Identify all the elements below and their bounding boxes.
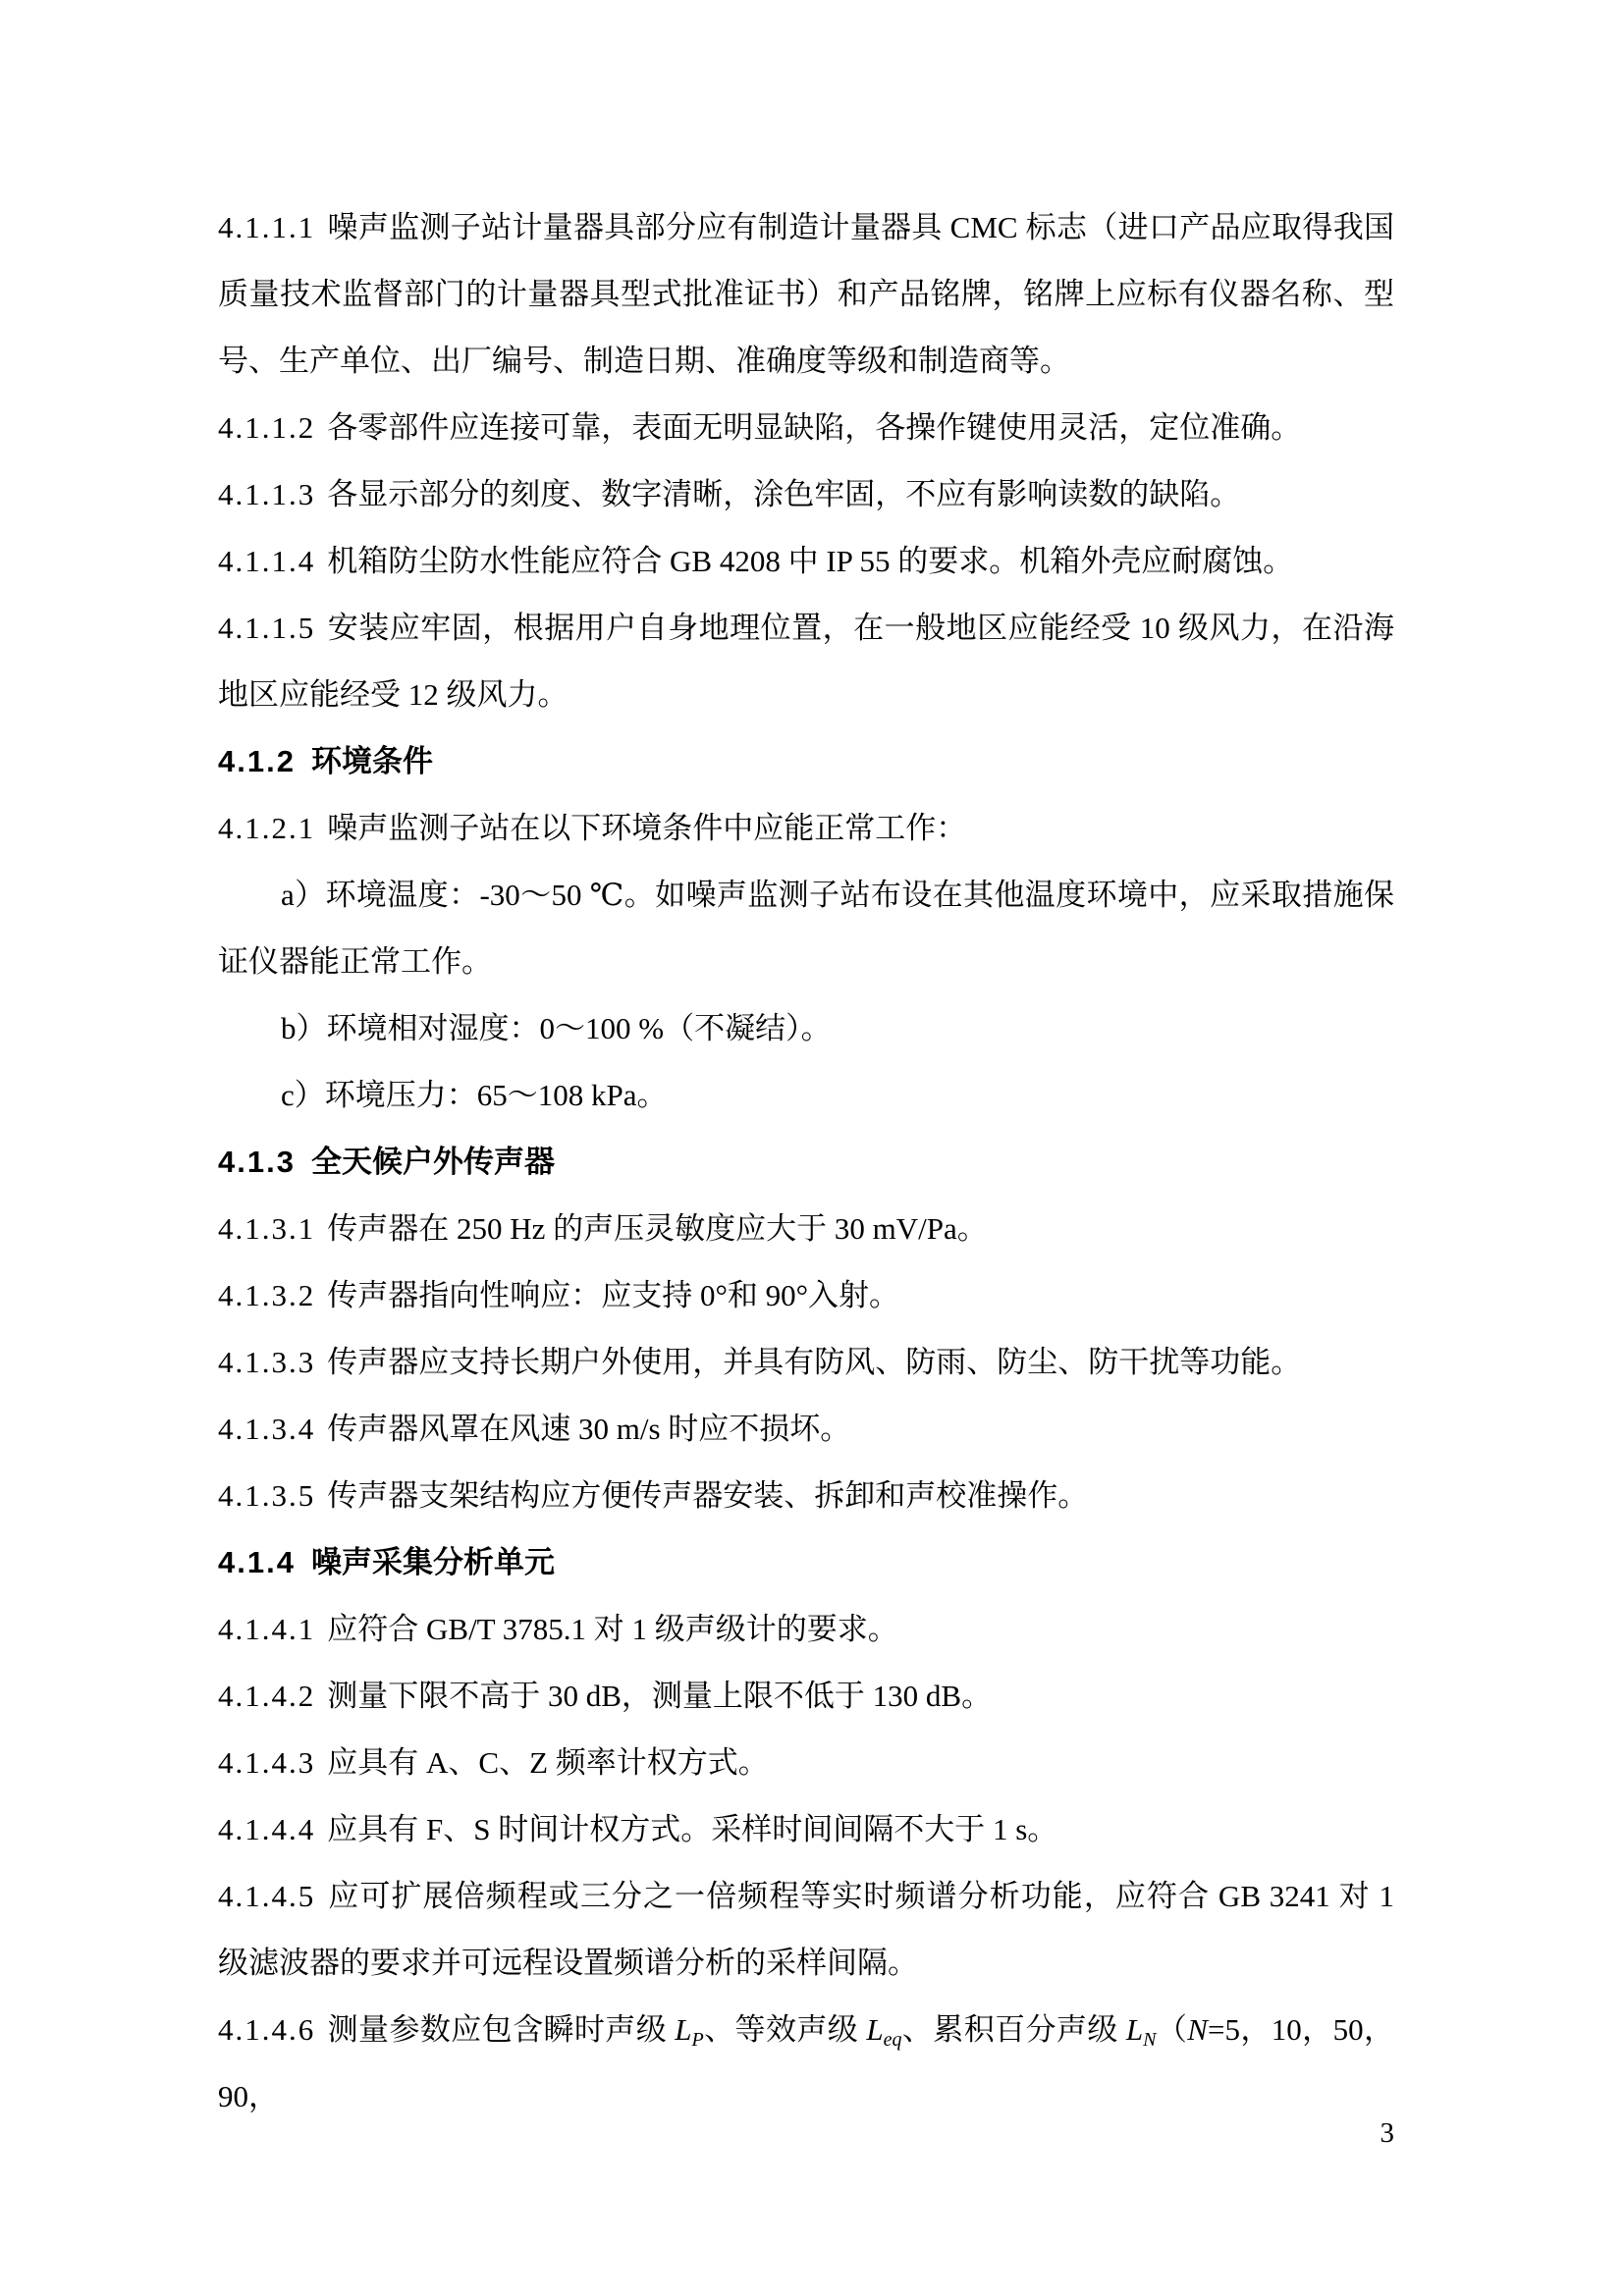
clause-text: 传声器风罩在风速 30 m/s 时应不损坏。 xyxy=(327,1412,850,1446)
heading-4-1-4: 4.1.4噪声采集分析单元 xyxy=(218,1529,1394,1596)
clause-text: 噪声监测子站计量器具部分应有制造计量器具 CMC 标志（进口产品应取得我国质量技… xyxy=(218,210,1394,378)
clause-text: 机箱防尘防水性能应符合 GB 4208 中 IP 55 的要求。机箱外壳应耐腐蚀… xyxy=(327,544,1293,578)
clause-number: 4.1.3.3 xyxy=(218,1345,315,1379)
clause-4-1-3-2: 4.1.3.2传声器指向性响应：应支持 0°和 90°入射。 xyxy=(218,1262,1394,1329)
symbol-sub-P: P xyxy=(692,2029,704,2051)
clause-number: 4.1.4.5 xyxy=(218,1879,315,1913)
clause-4-1-3-3: 4.1.3.3传声器应支持长期户外使用，并具有防风、防雨、防尘、防干扰等功能。 xyxy=(218,1329,1394,1396)
clause-number: 4.1.4.6 xyxy=(218,2012,315,2047)
clause-number: 4.1.1.5 xyxy=(218,611,315,645)
clause-text: 应符合 GB/T 3785.1 对 1 级声级计的要求。 xyxy=(327,1612,898,1646)
clause-4-1-4-1: 4.1.4.1应符合 GB/T 3785.1 对 1 级声级计的要求。 xyxy=(218,1596,1394,1663)
clause-4-1-1-2: 4.1.1.2各零部件应连接可靠，表面无明显缺陷，各操作键使用灵活，定位准确。 xyxy=(218,395,1394,461)
clause-number: 4.1.1.1 xyxy=(218,210,315,244)
clause-4-1-4-2: 4.1.4.2测量下限不高于 30 dB，测量上限不低于 130 dB。 xyxy=(218,1663,1394,1730)
list-item-a: a）环境温度：-30～50 ℃。如噪声监测子站布设在其他温度环境中，应采取措施保… xyxy=(218,862,1394,995)
heading-number: 4.1.3 xyxy=(218,1145,296,1179)
clause-text-mid: 、等效声级 xyxy=(704,2012,867,2047)
clause-4-1-2-1: 4.1.2.1噪声监测子站在以下环境条件中应能正常工作： xyxy=(218,795,1394,862)
clause-text-mid: 、累积百分声级 xyxy=(901,2012,1125,2047)
heading-text: 环境条件 xyxy=(311,744,433,778)
clause-number: 4.1.4.1 xyxy=(218,1612,315,1646)
clause-4-1-4-6: 4.1.4.6测量参数应包含瞬时声级 LP、等效声级 Leq、累积百分声级 LN… xyxy=(218,1997,1394,2130)
clause-text: 噪声监测子站在以下环境条件中应能正常工作： xyxy=(327,811,966,845)
document-page: { "page": { "number": "3", "background_c… xyxy=(0,0,1624,2296)
clause-text: 传声器指向性响应：应支持 0°和 90°入射。 xyxy=(327,1278,899,1312)
clause-text: 应具有 A、C、Z 频率计权方式。 xyxy=(327,1745,769,1780)
page-number: 3 xyxy=(1380,2117,1395,2149)
clause-number: 4.1.4.4 xyxy=(218,1812,315,1846)
clause-number: 4.1.3.4 xyxy=(218,1412,315,1446)
clause-text: 测量下限不高于 30 dB，测量上限不低于 130 dB。 xyxy=(327,1679,992,1713)
list-item-b: b）环境相对湿度：0～100 %（不凝结）。 xyxy=(218,995,1394,1062)
clause-4-1-4-4: 4.1.4.4应具有 F、S 时间计权方式。采样时间间隔不大于 1 s。 xyxy=(218,1796,1394,1863)
symbol-sub-N: N xyxy=(1143,2029,1156,2051)
clause-4-1-3-5: 4.1.3.5传声器支架结构应方便传声器安装、拆卸和声校准操作。 xyxy=(218,1463,1394,1529)
clause-4-1-3-4: 4.1.3.4传声器风罩在风速 30 m/s 时应不损坏。 xyxy=(218,1396,1394,1463)
list-item-c: c）环境压力：65～108 kPa。 xyxy=(218,1062,1394,1129)
clause-number: 4.1.2.1 xyxy=(218,811,315,845)
heading-text: 噪声采集分析单元 xyxy=(311,1545,555,1579)
clause-text: 各显示部分的刻度、数字清晰，涂色牢固，不应有影响读数的缺陷。 xyxy=(327,477,1240,511)
clause-text: 传声器支架结构应方便传声器安装、拆卸和声校准操作。 xyxy=(327,1478,1088,1513)
heading-number: 4.1.4 xyxy=(218,1545,296,1579)
symbol-N: N xyxy=(1187,2012,1208,2047)
page-footer: 3 xyxy=(218,2116,1394,2150)
clause-number: 4.1.1.3 xyxy=(218,477,315,511)
heading-text: 全天候户外传声器 xyxy=(311,1145,555,1179)
clause-number: 4.1.3.5 xyxy=(218,1478,315,1513)
clause-text: 安装应牢固，根据用户自身地理位置，在一般地区应能经受 10 级风力，在沿海地区应… xyxy=(218,611,1394,712)
symbol-L: L xyxy=(866,2012,883,2047)
clause-number: 4.1.3.2 xyxy=(218,1278,315,1312)
clause-number: 4.1.3.1 xyxy=(218,1211,315,1246)
clause-text: 传声器在 250 Hz 的声压灵敏度应大于 30 mV/Pa。 xyxy=(327,1211,988,1246)
clause-4-1-4-3: 4.1.4.3应具有 A、C、Z 频率计权方式。 xyxy=(218,1730,1394,1796)
clause-number: 4.1.4.2 xyxy=(218,1679,315,1713)
clause-number: 4.1.4.3 xyxy=(218,1745,315,1780)
symbol-L: L xyxy=(675,2012,691,2047)
symbol-L: L xyxy=(1126,2012,1143,2047)
heading-4-1-2: 4.1.2环境条件 xyxy=(218,728,1394,795)
heading-number: 4.1.2 xyxy=(218,744,296,778)
symbol-sub-eq: eq xyxy=(884,2029,902,2051)
clause-4-1-4-5: 4.1.4.5应可扩展倍频程或三分之一倍频程等实时频谱分析功能，应符合 GB 3… xyxy=(218,1863,1394,1997)
clause-number: 4.1.1.2 xyxy=(218,410,315,445)
heading-4-1-3: 4.1.3全天候户外传声器 xyxy=(218,1129,1394,1196)
clause-4-1-1-1: 4.1.1.1噪声监测子站计量器具部分应有制造计量器具 CMC 标志（进口产品应… xyxy=(218,194,1394,395)
clause-4-1-1-4: 4.1.1.4机箱防尘防水性能应符合 GB 4208 中 IP 55 的要求。机… xyxy=(218,528,1394,595)
clause-text-lead: 测量参数应包含瞬时声级 xyxy=(327,2012,675,2047)
clause-4-1-1-5: 4.1.1.5安装应牢固，根据用户自身地理位置，在一般地区应能经受 10 级风力… xyxy=(218,595,1394,728)
clause-number: 4.1.1.4 xyxy=(218,544,315,578)
clause-text: 传声器应支持长期户外使用，并具有防风、防雨、防尘、防干扰等功能。 xyxy=(327,1345,1301,1379)
clause-4-1-3-1: 4.1.3.1传声器在 250 Hz 的声压灵敏度应大于 30 mV/Pa。 xyxy=(218,1196,1394,1262)
clause-4-1-1-3: 4.1.1.3各显示部分的刻度、数字清晰，涂色牢固，不应有影响读数的缺陷。 xyxy=(218,461,1394,528)
clause-text: 应可扩展倍频程或三分之一倍频程等实时频谱分析功能，应符合 GB 3241 对 1… xyxy=(218,1879,1394,1980)
clause-text: 各零部件应连接可靠，表面无明显缺陷，各操作键使用灵活，定位准确。 xyxy=(327,410,1301,445)
paren-open: （ xyxy=(1156,2012,1187,2047)
clause-text: 应具有 F、S 时间计权方式。采样时间间隔不大于 1 s。 xyxy=(327,1812,1057,1846)
page-body: 4.1.1.1噪声监测子站计量器具部分应有制造计量器具 CMC 标志（进口产品应… xyxy=(218,194,1394,2130)
